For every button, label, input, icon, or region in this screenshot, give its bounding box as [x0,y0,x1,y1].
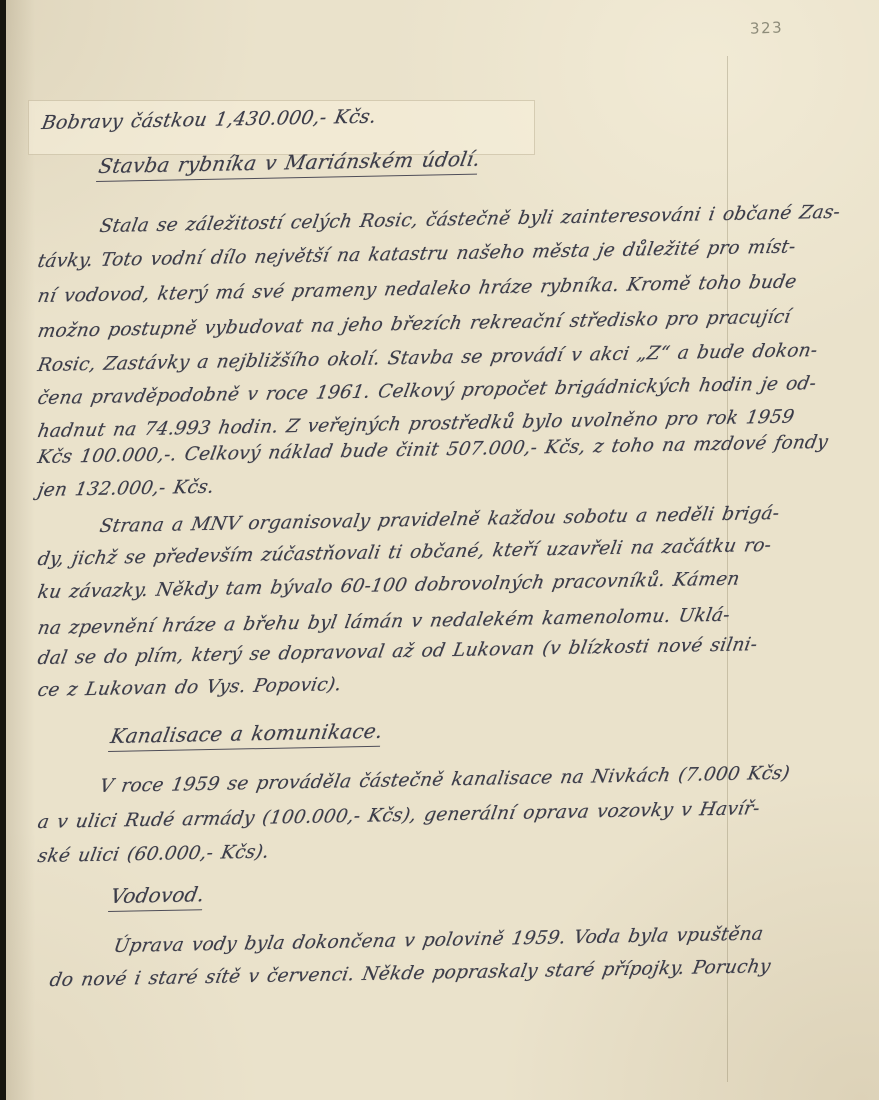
scan-edge-shadow [0,0,6,1100]
handwritten-line: Strana a MNV organisovaly pravidelně kaž… [98,503,781,537]
scanned-chronicle-page: 323 Bobravy částkou 1,430.000,- Kčs. Sta… [0,0,879,1100]
handwritten-line: Úprava vody byla dokončena v polovině 19… [112,923,765,957]
section-heading-vodovod: Vodovod. [108,882,206,912]
handwritten-line: ské ulici (60.000,- Kčs). [36,841,271,867]
handwritten-line: dal se do plím, který se dopravoval až o… [36,634,759,669]
handwritten-line: jen 132.000,- Kčs. [36,477,216,501]
handwritten-line: dy, jichž se především zúčastňovali ti o… [36,535,773,570]
handwritten-line: ce z Lukovan do Vys. Popovic). [36,674,343,701]
handwritten-line: ní vodovod, který má své prameny nedalek… [36,271,798,307]
handwritten-line: na zpevnění hráze a břehu byl lámán v ne… [36,605,732,639]
handwritten-line: čena pravděpodobně v roce 1961. Celkový … [36,373,818,409]
page-number: 323 [750,18,784,37]
handwritten-line: možno postupně vybudovat na jeho březích… [36,306,792,342]
handwritten-line: Rosic, Zastávky a nejbližšího okolí. Sta… [36,340,819,376]
handwritten-line: Stala se záležitostí celých Rosic, částe… [98,202,842,237]
handwritten-line: V roce 1959 se prováděla částečně kanali… [98,763,791,797]
handwritten-line: do nové i staré sítě v červenci. Někde p… [48,956,772,991]
section-heading-kanalisace: Kanalisace a komunikace. [108,719,385,752]
section-heading-stavba-rybnika: Stavba rybníka v Mariánském údolí. [96,147,482,182]
handwritten-line: ku závazky. Někdy tam bývalo 60-100 dobr… [36,568,741,603]
handwritten-line: a v ulici Rudé armády (100.000,- Kčs), g… [36,798,761,833]
handwritten-line: távky. Toto vodní dílo největší na katas… [36,236,797,272]
